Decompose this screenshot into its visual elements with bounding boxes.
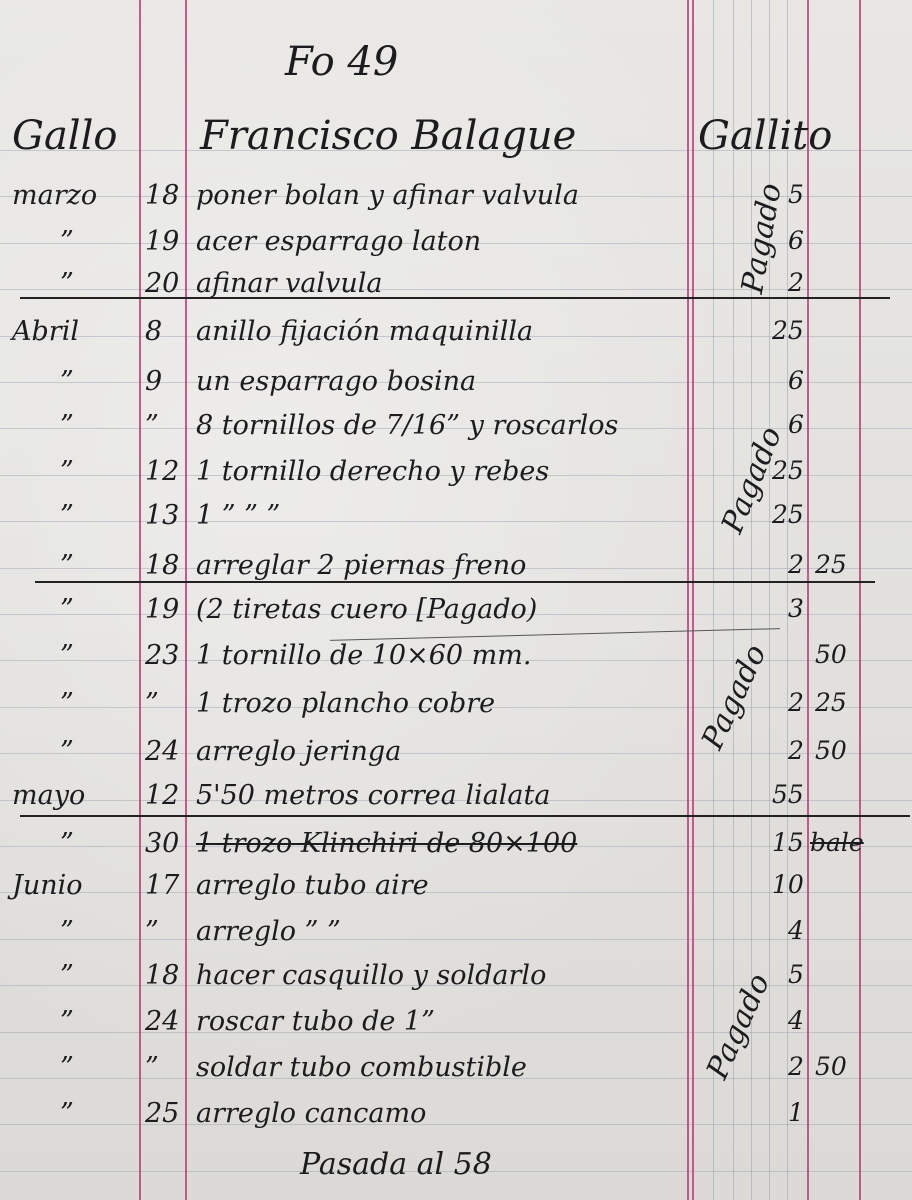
column-line-month — [139, 0, 141, 1200]
entry-amount: 2 — [788, 552, 804, 577]
entry-cents: 50 — [815, 642, 847, 667]
entry-day: 24 — [145, 738, 179, 765]
entry-month: Junio — [12, 872, 83, 899]
column-guide — [769, 0, 770, 1200]
entry-day: 19 — [145, 228, 179, 255]
entry-description: roscar tubo de 1” — [196, 1008, 435, 1035]
column-guide — [713, 0, 714, 1200]
entry-description: anillo fijación maquinilla — [196, 318, 533, 345]
entry-month: marzo — [12, 182, 97, 209]
ruled-line — [0, 939, 912, 940]
entry-amount: 2 — [788, 738, 804, 763]
entry-day: 20 — [145, 270, 179, 297]
entry-description: 1 trozo Klinchiri de 80×100 — [196, 830, 577, 857]
entry-description: arreglo cancamo — [196, 1100, 426, 1127]
entry-amount: 10 — [772, 872, 804, 897]
column-line-desc-2 — [692, 0, 694, 1200]
entry-day: 8 — [145, 318, 162, 345]
entry-amount: 6 — [788, 412, 804, 437]
entry-description: arreglo tubo aire — [196, 872, 429, 899]
entry-day: 12 — [145, 782, 179, 809]
entry-day: ” — [145, 1054, 159, 1081]
entry-description: arreglar 2 piernas freno — [196, 552, 526, 579]
separator-mayo — [20, 815, 910, 817]
entry-cents: 25 — [815, 552, 847, 577]
entry-day: 23 — [145, 642, 179, 669]
entry-amount: 2 — [788, 1054, 804, 1079]
entry-amount: 5 — [788, 962, 804, 987]
entry-amount: 5 — [788, 182, 804, 207]
entry-day: 18 — [145, 962, 179, 989]
entry-month: ” — [60, 830, 74, 857]
entry-amount: 6 — [788, 368, 804, 393]
entry-cents: 50 — [815, 738, 847, 763]
ruled-line — [0, 289, 912, 290]
entry-month: mayo — [12, 782, 85, 809]
entry-day: 18 — [145, 182, 179, 209]
entry-month: ” — [60, 552, 74, 579]
entry-month: ” — [60, 270, 74, 297]
entry-day: ” — [145, 690, 159, 717]
column-line-cents — [859, 0, 861, 1200]
entry-day: 19 — [145, 596, 179, 623]
entry-amount: 15 — [772, 830, 804, 855]
entry-day: 18 — [145, 552, 179, 579]
entry-description: (2 tiretas cuero [Pagado) — [196, 596, 537, 623]
entry-description: arreglo jeringa — [196, 738, 401, 765]
separator-abril — [35, 581, 875, 583]
entry-description: un esparrago bosina — [196, 368, 476, 395]
entry-amount: 4 — [788, 1008, 804, 1033]
entry-description: hacer casquillo y soldarlo — [196, 962, 546, 989]
ledger-page: Fo 49 Gallo Francisco Balague Gallito ma… — [0, 0, 912, 1200]
entry-month: ” — [60, 596, 74, 623]
entry-day: ” — [145, 918, 159, 945]
ruled-line — [0, 1124, 912, 1125]
entry-month: ” — [60, 962, 74, 989]
header-right: Gallito — [698, 116, 832, 156]
ruled-line — [0, 753, 912, 754]
entry-day: 13 — [145, 502, 179, 529]
entry-description: 1 ” ” ” — [196, 502, 280, 529]
separator-marzo — [20, 297, 890, 299]
entry-month: ” — [60, 690, 74, 717]
entry-day: ” — [145, 412, 159, 439]
entry-amount: 3 — [788, 596, 804, 621]
paid-mark-marzo: Pagado — [735, 181, 789, 296]
entry-month: ” — [60, 458, 74, 485]
entry-day: 17 — [145, 872, 179, 899]
entry-day: 25 — [145, 1100, 179, 1127]
carried-forward-note: Pasada al 58 — [300, 1150, 492, 1180]
entry-description: 8 tornillos de 7/16” y roscarlos — [196, 412, 618, 439]
entry-day: 24 — [145, 1008, 179, 1035]
entry-amount: 25 — [772, 502, 804, 527]
folio-number: Fo 49 — [285, 42, 398, 82]
entry-cents: 25 — [815, 690, 847, 715]
entry-month: ” — [60, 1008, 74, 1035]
entry-amount: 1 — [788, 1100, 804, 1125]
entry-month: ” — [60, 412, 74, 439]
entry-amount: 25 — [772, 318, 804, 343]
entry-amount: 6 — [788, 228, 804, 253]
entry-month: ” — [60, 502, 74, 529]
column-line-pesetas — [807, 0, 809, 1200]
entry-description: 1 trozo plancho cobre — [196, 690, 495, 717]
column-line-desc-1 — [687, 0, 689, 1200]
entry-description: soldar tubo combustible — [196, 1054, 527, 1081]
entry-month: ” — [60, 368, 74, 395]
entry-month: ” — [60, 1100, 74, 1127]
entry-month: ” — [60, 1054, 74, 1081]
header-center: Francisco Balague — [200, 116, 576, 156]
entry-day: 12 — [145, 458, 179, 485]
header-left: Gallo — [12, 116, 117, 156]
entry-day: 30 — [145, 830, 179, 857]
column-line-day — [185, 0, 187, 1200]
entry-month: ” — [60, 738, 74, 765]
entry-amount: 4 — [788, 918, 804, 943]
entry-description: poner bolan y afinar valvula — [196, 182, 579, 209]
entry-month: ” — [60, 918, 74, 945]
entry-description: arreglo ” ” — [196, 918, 341, 945]
entry-month: ” — [60, 228, 74, 255]
paid-mark-abril-2: Pagado — [695, 639, 774, 754]
entry-month: ” — [60, 642, 74, 669]
entry-description: 1 tornillo de 10×60 mm. — [196, 642, 531, 669]
entry-note: bale — [810, 830, 864, 855]
entry-description: afinar valvula — [196, 270, 382, 297]
ruled-line — [0, 1032, 912, 1033]
entry-amount: 2 — [788, 690, 804, 715]
entry-description: 5'50 metros correa lialata — [196, 782, 550, 809]
entry-month: Abril — [12, 318, 79, 345]
entry-amount: 55 — [772, 782, 804, 807]
entry-description: acer esparrago laton — [196, 228, 481, 255]
entry-cents: 50 — [815, 1054, 847, 1079]
entry-day: 9 — [145, 368, 162, 395]
entry-description: 1 tornillo derecho y rebes — [196, 458, 549, 485]
entry-amount: 2 — [788, 270, 804, 295]
